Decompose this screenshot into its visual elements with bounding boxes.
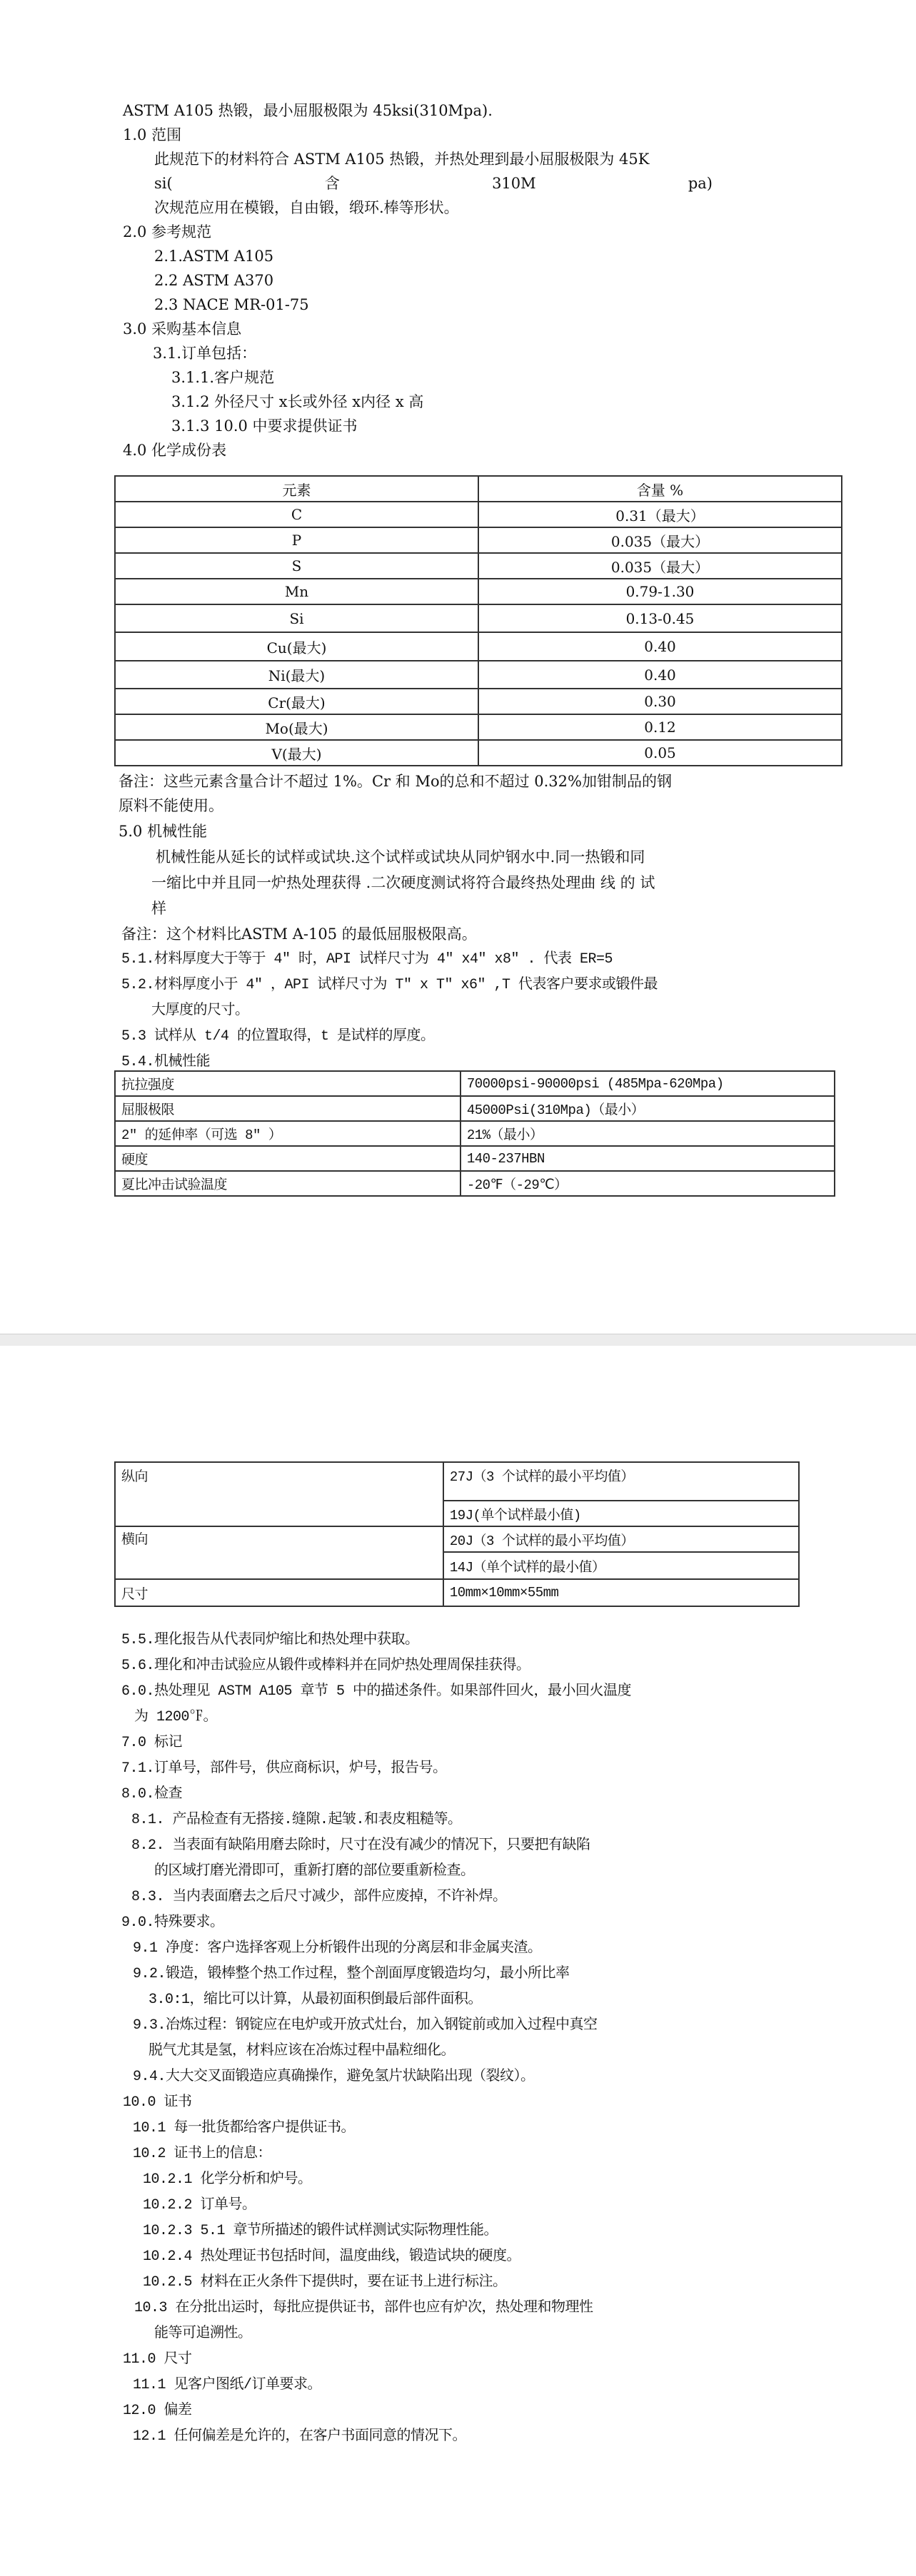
table-row: 纵向 27J（3 个试样的最小平均值） (115, 1462, 799, 1501)
property-cell: 夏比冲击试验温度 (115, 1171, 460, 1196)
reference-item: 2.2 ASTM A370 (154, 270, 273, 291)
section-5-2: 5.2.材料厚度小于 4″ ，API 试样尺寸为 T″ x T″ x6″ ,T … (121, 975, 658, 996)
content-cell: 0.05 (478, 740, 842, 766)
section-1-body: 此规范下的材料符合 ASTM A105 热锻，并热处理到最小屈服极限为 45K (154, 148, 649, 170)
section-5-title: 5.0 机械性能 (119, 821, 207, 842)
value-cell: 19J(单个试样最小值) (443, 1501, 799, 1526)
content-cell: 0.40 (478, 661, 842, 689)
section-9-2: 9.2.锻造，锻棒整个热工作过程，整个剖面厚度锻造均匀，最小所比率 (133, 1964, 570, 1985)
reference-item: 2.1.ASTM A105 (154, 245, 273, 267)
table-row: 2″ 的延伸率（可选 8″ ）21%（最小） (115, 1121, 835, 1146)
element-cell: Si (115, 604, 478, 632)
value-cell: 14J（单个试样的最小值） (443, 1552, 799, 1579)
order-item: 3.1.3 10.0 中要求提供证书 (171, 415, 358, 437)
text-fragment: 含 (325, 173, 340, 194)
content-cell: 0.30 (478, 689, 842, 714)
content-cell: 0.31（最大） (478, 502, 842, 527)
section-12-1: 12.1 任何偏差是允许的，在客户书面同意的情况下。 (133, 2426, 466, 2448)
element-cell: Cr(最大) (115, 689, 478, 714)
element-cell: V(最大) (115, 740, 478, 766)
section-11-title: 11.0 尺寸 (123, 2349, 192, 2370)
section-4-title: 4.0 化学成份表 (123, 440, 226, 461)
table-row: 夏比冲击试验温度-20℉（-29℃） (115, 1171, 835, 1196)
element-cell: Cu(最大) (115, 632, 478, 661)
section-9-4: 9.4.大大交叉面锻造应真确操作，避免氢片状缺陷出现（裂纹）。 (133, 2067, 535, 2088)
section-10-title: 10.0 证书 (123, 2092, 192, 2114)
table-row: P0.035（最大） (115, 527, 842, 553)
section-5-2: 大厚度的尺寸。 (151, 1000, 249, 1022)
table-row: Si0.13-0.45 (115, 604, 842, 632)
section-10-3: 10.3 在分批出运时，每批应提供证书，部件也应有炉次，热处理和物理性 (134, 2298, 593, 2319)
section-1-body: 次规范应用在模锻，自由锻，缎环.棒等形状。 (154, 197, 459, 218)
property-cell: 硬度 (115, 1146, 460, 1171)
content-cell: 0.13-0.45 (478, 604, 842, 632)
section-5-body: 机械性能从延长的试样或试块.这个试样或试块从同炉钢水中.同一热锻和同 (156, 846, 645, 868)
content-cell: 0.40 (478, 632, 842, 661)
table-row: Cr(最大)0.30 (115, 689, 842, 714)
content-cell: 0.035（最大） (478, 553, 842, 579)
chem-note: 备注：这些元素含量合计不超过 1%。Cr 和 Mo的总和不超过 0.32%加钳制… (119, 771, 672, 792)
table-row: Cu(最大)0.40 (115, 632, 842, 661)
reference-item: 2.3 NACE MR-01-75 (154, 294, 309, 315)
section-8-title: 8.0.检查 (121, 1784, 182, 1805)
section-11-1: 11.1 见客户图纸/订单要求。 (133, 2375, 321, 2396)
text-fragment: pa) (688, 173, 713, 194)
section-5-body: 样 (151, 898, 166, 919)
property-cell: 抗拉强度 (115, 1071, 460, 1096)
section-2-title: 2.0 参考规范 (123, 221, 211, 243)
value-cell: 21%（最小） (460, 1121, 835, 1146)
table-row: 尺寸 10mm×10mm×55mm (115, 1579, 799, 1606)
section-10-2: 10.2 证书上的信息： (133, 2144, 271, 2165)
section-8-3: 8.3. 当内表面磨去之后尺寸减少，部件应废掉，不许补焊。 (131, 1887, 507, 1908)
document-page-1: ASTM A105 热锻，最小屈服极限为 45ksi(310Mpa). 1.0 … (0, 0, 916, 1331)
chemical-composition-table: 元素 含量 % C0.31（最大） P0.035（最大） S0.035（最大） … (114, 475, 842, 766)
element-cell: Ni(最大) (115, 661, 478, 689)
section-1-title: 1.0 范围 (123, 124, 181, 146)
table-row: V(最大)0.05 (115, 740, 842, 766)
table-row: Mo(最大)0.12 (115, 714, 842, 740)
content-cell: 0.79-1.30 (478, 579, 842, 604)
direction-cell: 纵向 (115, 1462, 443, 1526)
section-9-3: 脱气尤其是氢，材料应该在冶炼过程中晶粒细化。 (149, 2041, 455, 2062)
section-5-note: 备注：这个材料比ASTM A-105 的最低屈服极限高。 (121, 923, 477, 945)
value-cell: 45000Psi(310Mpa)（最小） (460, 1096, 835, 1121)
section-10-2-3: 10.2.3 5.1 章节所描述的锻件试样测试实际物理性能。 (143, 2221, 498, 2242)
section-10-1: 10.1 每一批货都给客户提供证书。 (133, 2118, 355, 2139)
section-8-1: 8.1. 产品检查有无搭接.缝隙.起皱.和表皮粗糙等。 (131, 1810, 462, 1831)
section-10-3: 能等可追溯性。 (154, 2323, 252, 2345)
table-row: Ni(最大)0.40 (115, 661, 842, 689)
table-row: 屈服极限45000Psi(310Mpa)（最小） (115, 1096, 835, 1121)
section-5-5: 5.5.理化报告从代表同炉缩比和热处理中获取。 (121, 1630, 419, 1651)
text-fragment: 310M (492, 173, 536, 194)
table-row: 硬度140-237HBN (115, 1146, 835, 1171)
section-3-title: 3.0 采购基本信息 (123, 318, 241, 340)
section-10-2-4: 10.2.4 热处理证书包括时间，温度曲线，锻造试块的硬度。 (143, 2246, 520, 2268)
table-header-cell: 元素 (115, 476, 478, 502)
chem-note: 原料不能使用。 (119, 795, 223, 816)
section-5-6: 5.6.理化和冲击试验应从锻件或棒料并在同炉热处理周保挂获得。 (121, 1655, 530, 1677)
section-7-1: 7.1.订单号，部件号，供应商标识，炉号，报告号。 (121, 1758, 447, 1780)
direction-cell: 横向 (115, 1526, 443, 1579)
charpy-impact-table: 纵向 27J（3 个试样的最小平均值） 19J(单个试样最小值) 横向 20J（… (114, 1461, 800, 1607)
section-5-body: 一缩比中并且同一炉热处理获得 .二次硬度测试将符合最终热处理曲 线 的 试 (151, 872, 655, 893)
section-10-2-1: 10.2.1 化学分析和炉号。 (143, 2169, 312, 2191)
table-header-row: 元素 含量 % (115, 476, 842, 502)
section-9-3: 9.3.冶炼过程：钢锭应在电炉或开放式灶台，加入钢锭前或加入过程中真空 (133, 2015, 598, 2037)
value-cell: 70000psi-90000psi (485Mpa-620Mpa) (460, 1071, 835, 1096)
intro-line: ASTM A105 热锻，最小屈服极限为 45ksi(310Mpa). (123, 100, 493, 121)
section-9-2: 3.0:1，缩比可以计算，从最初面积倒最后部件面积。 (149, 1989, 482, 2011)
value-cell: 10mm×10mm×55mm (443, 1579, 799, 1606)
section-9-title: 9.0.特殊要求。 (121, 1912, 224, 1934)
section-6-0: 6.0.热处理见 ASTM A105 章节 5 中的描述条件。如果部件回火，最小… (121, 1681, 631, 1703)
content-cell: 0.035（最大） (478, 527, 842, 553)
element-cell: S (115, 553, 478, 579)
value-cell: 27J（3 个试样的最小平均值） (443, 1462, 799, 1501)
value-cell: -20℉（-29℃） (460, 1171, 835, 1196)
element-cell: P (115, 527, 478, 553)
table-row: 抗拉强度70000psi-90000psi (485Mpa-620Mpa) (115, 1071, 835, 1096)
value-cell: 20J（3 个试样的最小平均值） (443, 1526, 799, 1552)
section-8-2: 8.2. 当表面有缺陷用磨去除时，尺寸在没有减少的情况下，只要把有缺陷 (131, 1835, 590, 1857)
page-divider (0, 1334, 916, 1347)
section-12-title: 12.0 偏差 (123, 2400, 192, 2422)
section-1-body-justified: si( 含 310M pa) (154, 173, 713, 194)
table-row: 横向 20J（3 个试样的最小平均值） (115, 1526, 799, 1552)
section-10-2-2: 10.2.2 订单号。 (143, 2195, 256, 2216)
element-cell: Mn (115, 579, 478, 604)
property-cell: 屈服极限 (115, 1096, 460, 1121)
section-9-1: 9.1 净度：客户选择客观上分析锻件出现的分离层和非金属夹渣。 (133, 1938, 542, 1959)
value-cell: 140-237HBN (460, 1146, 835, 1171)
table-row: S0.035（最大） (115, 553, 842, 579)
section-10-2-5: 10.2.5 材料在正火条件下提供时，要在证书上进行标注。 (143, 2272, 507, 2293)
order-item: 3.1.1.客户规范 (171, 367, 274, 388)
section-6-0: 为 1200℉。 (134, 1707, 217, 1728)
document-page-2: 纵向 27J（3 个试样的最小平均值） 19J(单个试样最小值) 横向 20J（… (0, 1346, 916, 2576)
content-cell: 0.12 (478, 714, 842, 740)
direction-cell: 尺寸 (115, 1579, 443, 1606)
table-header-cell: 含量 % (478, 476, 842, 502)
property-cell: 2″ 的延伸率（可选 8″ ） (115, 1121, 460, 1146)
section-8-2: 的区域打磨光滑即可，重新打磨的部位要重新检查。 (154, 1861, 475, 1882)
order-item: 3.1.2 外径尺寸 x长或外径 x内径 x 高 (171, 391, 423, 412)
section-5-3: 5.3 试样从 t/4 的位置取得，t 是试样的厚度。 (121, 1026, 435, 1048)
element-cell: C (115, 502, 478, 527)
mechanical-properties-table: 抗拉强度70000psi-90000psi (485Mpa-620Mpa) 屈服… (114, 1070, 835, 1197)
section-7-title: 7.0 标记 (121, 1733, 182, 1754)
element-cell: Mo(最大) (115, 714, 478, 740)
section-5-1: 5.1.材料厚度大于等于 4″ 时，API 试样尺寸为 4″ x4″ x8″ .… (121, 949, 613, 970)
section-3-1: 3.1.订单包括： (153, 343, 256, 364)
table-row: C0.31（最大） (115, 502, 842, 527)
text-fragment: si( (154, 173, 173, 194)
table-row: Mn0.79-1.30 (115, 579, 842, 604)
